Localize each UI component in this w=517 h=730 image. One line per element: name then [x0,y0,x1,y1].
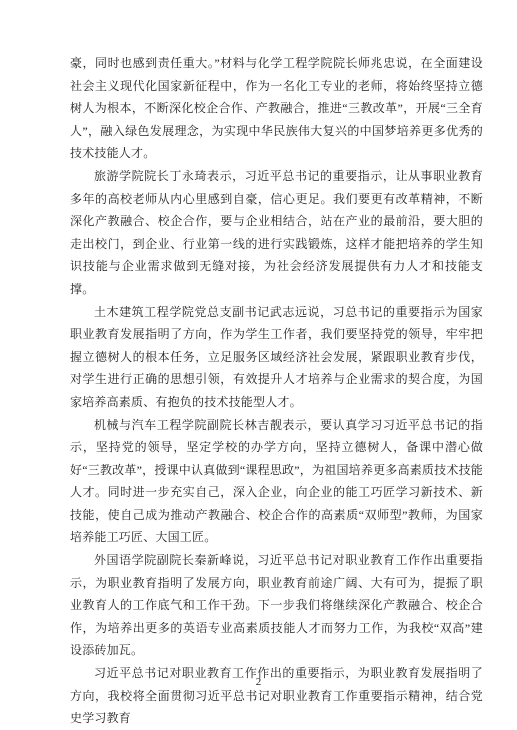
paragraph: 土木建筑工程学院党总支副书记武志远说，习总书记的重要指示为国家职业教育发展指明了… [70,301,483,414]
paragraph: 外国语学院副院长秦新峰说，习近平总书记对职业教育工作作出重要指示，为职业教育指明… [70,549,483,662]
paragraph: 习近平总书记对职业教育工作作出的重要指示，为职业教育发展指明了方向，我校将全面贯… [70,662,483,730]
document-body: 豪，同时也感到责任重大。”材料与化学工程学院院长师兆忠说，在全面建设社会主义现代… [70,52,483,730]
document-page: 豪，同时也感到责任重大。”材料与化学工程学院院长师兆忠说，在全面建设社会主义现代… [0,0,517,730]
paragraph: 豪，同时也感到责任重大。”材料与化学工程学院院长师兆忠说，在全面建设社会主义现代… [70,52,483,165]
paragraph: 机械与汽车工程学院副院长林吉靓表示，要认真学习习近平总书记的指示，坚持党的领导，… [70,414,483,550]
page-number: 2 [0,676,517,688]
paragraph: 旅游学院院长丁永琦表示，习近平总书记的重要指示，让从事职业教育多年的高校老师从内… [70,165,483,301]
